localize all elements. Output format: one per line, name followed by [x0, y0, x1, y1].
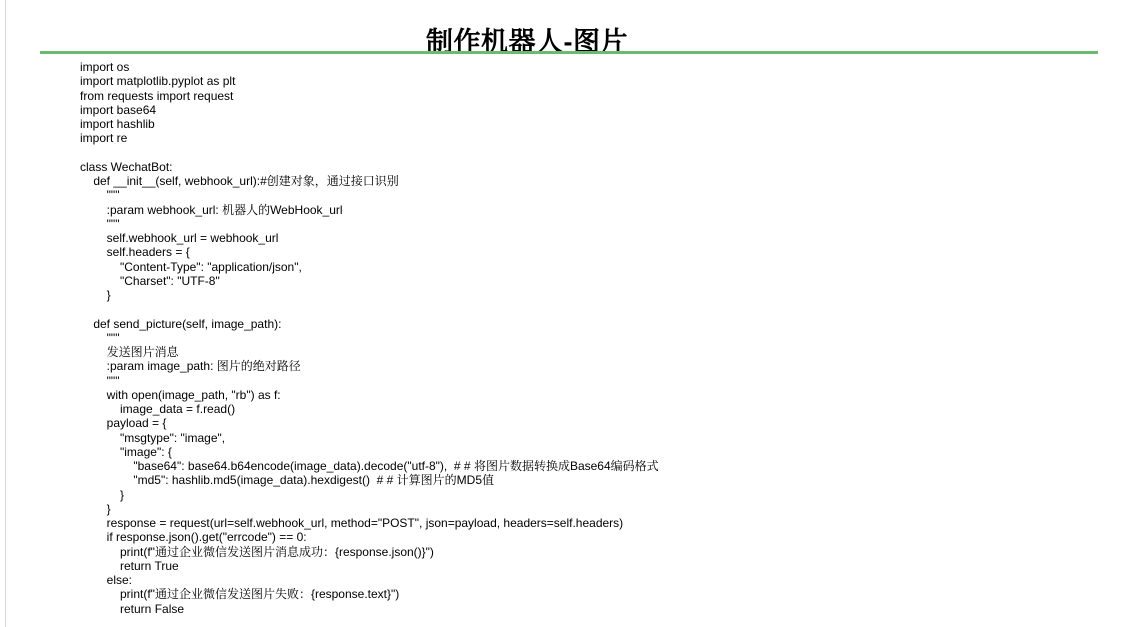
- python-code-block: import os import matplotlib.pyplot as pl…: [80, 60, 659, 616]
- page-left-border: [5, 0, 6, 627]
- title-divider: [40, 51, 1098, 54]
